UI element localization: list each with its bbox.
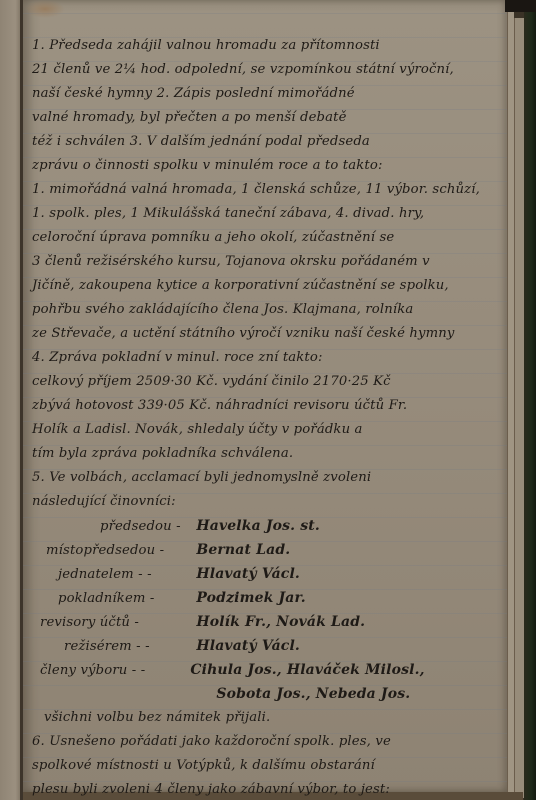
officer-row: členy výboru - - Cihula Jos., Hlaváček M…: [40, 658, 425, 682]
officer-row: režisérem - - Hlavatý Václ.: [64, 634, 300, 658]
officer-row: Sobota Jos., Nebeda Jos.: [40, 682, 410, 706]
officer-name: Bernat Lad.: [196, 538, 290, 562]
officer-name: Havelka Jos. st.: [196, 514, 320, 538]
book-cover-top: [505, 0, 536, 12]
officer-name: Cihula Jos., Hlaváček Milosl.,: [190, 658, 424, 682]
text-line: celkový příjem 2509·30 Kč. vydání činilo…: [32, 370, 391, 394]
text-line: zbývá hotovost 339·05 Kč. náhradníci rev…: [32, 394, 407, 418]
left-page-edge: [0, 0, 22, 800]
officer-name: Podzimek Jar.: [196, 586, 305, 610]
text-line: plesu byli zvoleni 4 členy jako zábavní …: [32, 778, 390, 800]
officer-role: místopředsedou -: [46, 539, 192, 563]
officer-role: předsedou -: [100, 515, 192, 539]
text-line: 6. Usnešeno pořádati jako každoroční spo…: [32, 730, 391, 754]
officer-role: revisory účtů -: [40, 611, 192, 635]
text-line: naší české hymny 2. Zápis poslední mimoř…: [32, 82, 355, 106]
officer-row: jednatelem - - Hlavatý Václ.: [58, 562, 300, 586]
text-line: 1. mimořádná valná hromada, 1 členská sc…: [32, 178, 480, 202]
officer-row: pokladníkem - Podzimek Jar.: [58, 586, 306, 610]
text-line: spolkové místnosti u Votýpků, k dalšímu …: [32, 754, 375, 778]
book-cover: [524, 0, 536, 800]
text-line: tím byla zpráva pokladníka schválena.: [32, 442, 293, 466]
paper-stain: [25, 0, 65, 18]
text-line: 1. Předseda zahájil valnou hromadu za př…: [32, 34, 380, 58]
text-line: Holík a Ladisl. Novák, shledaly účty v p…: [32, 418, 363, 442]
officer-row: předsedou - Havelka Jos. st.: [100, 514, 320, 538]
text-line: pohřbu svého zakládajícího člena Jos. Kl…: [32, 298, 413, 322]
officer-name: Hlavatý Václ.: [196, 562, 300, 586]
text-line: 4. Zpráva pokladní v minul. roce zní tak…: [32, 346, 323, 370]
text-line: 3 členů režisérského kursu, Tojanova okr…: [32, 250, 430, 274]
text-line: 1. spolk. ples, 1 Mikulášská taneční záb…: [32, 202, 424, 226]
officer-name: Sobota Jos., Nebeda Jos.: [216, 682, 410, 706]
page-edge: [507, 8, 514, 794]
officer-row: revisory účtů - Holík Fr., Novák Lad.: [40, 610, 365, 634]
text-line: všichni volbu bez námitek přijali.: [44, 706, 270, 730]
text-line: zprávu o činnosti spolku v minulém roce …: [32, 154, 383, 178]
text-line: následující činovníci:: [32, 490, 176, 514]
text-line: Jičíně, zakoupena kytice a korporativní …: [32, 274, 449, 298]
text-line: celoroční úprava pomníku a jeho okolí, z…: [32, 226, 394, 250]
notebook-scene: 1. Předseda zahájil valnou hromadu za př…: [0, 0, 536, 800]
officer-role: členy výboru - -: [40, 659, 186, 683]
text-line: též i schválen 3. V dalším jednání podal…: [32, 130, 370, 154]
text-line: 5. Ve volbách, acclamací byli jednomysln…: [32, 466, 371, 490]
text-line: ze Střevače, a uctění státního výročí vz…: [32, 322, 455, 346]
text-line: valné hromady, byl přečten a po menší de…: [32, 106, 347, 130]
officer-name: Hlavatý Václ.: [196, 634, 300, 658]
text-line: 21 členů ve 2¼ hod. odpolední, se vzpomí…: [32, 58, 454, 82]
officer-row: místopředsedou - Bernat Lad.: [46, 538, 290, 562]
officer-role: pokladníkem -: [58, 587, 192, 611]
officer-role: režisérem - -: [64, 635, 192, 659]
officer-name: Holík Fr., Novák Lad.: [196, 610, 365, 634]
officer-role: jednatelem - -: [58, 563, 192, 587]
